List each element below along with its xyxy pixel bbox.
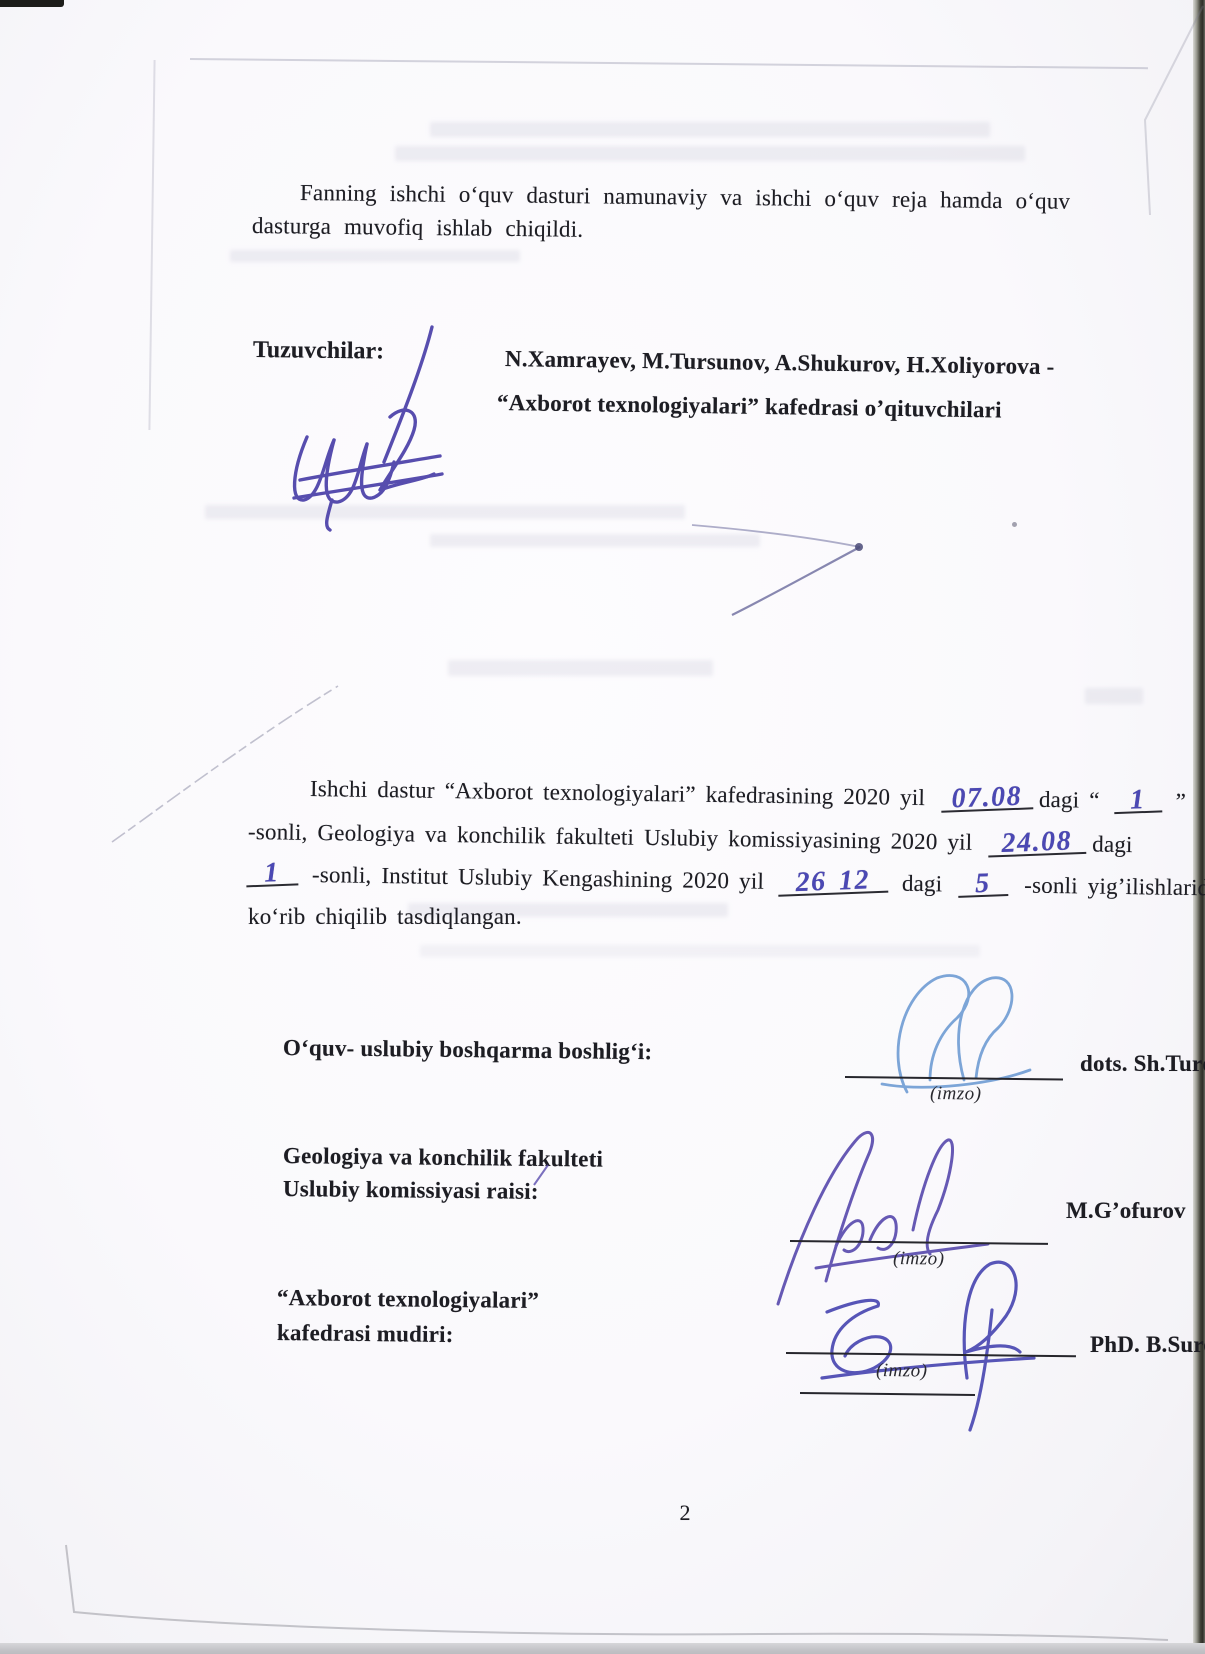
approval-line1: Ishchi dastur “Axborot texnologiyalari” … <box>310 776 1186 815</box>
scan-corner-crease <box>1105 0 1205 230</box>
compilers-signature <box>272 322 492 537</box>
bleed-through-text <box>395 146 1025 161</box>
bleed-through-text <box>230 250 520 262</box>
bleed-through-text <box>420 945 980 957</box>
approval-line3: 1 -sonli, Institut Uslubiy Kengashining … <box>246 861 1205 901</box>
approval-line4: ko‘rib chiqilib tasdiqlangan. <box>248 904 522 930</box>
sign2-label-line1: Geologiya va konchilik fakulteti <box>283 1143 603 1173</box>
approval-text: dagi “ <box>1039 787 1100 813</box>
sign3-name: PhD. B.Suropov <box>1090 1332 1205 1358</box>
page-number: 2 <box>660 1500 710 1526</box>
scanned-document-page: Fanning ishchi o‘quv dasturi namunaviy v… <box>0 0 1205 1654</box>
approval-text: -sonli yig’ilishlarida <box>1024 873 1205 901</box>
paper-edge-curve <box>0 1530 1205 1654</box>
bleed-through-text <box>448 660 713 676</box>
handwritten-number: 1 <box>1113 789 1162 814</box>
compilers-affiliation: “Axborot texnologiyalari” kafedrasi o’qi… <box>497 390 1002 423</box>
approval-text: dagi <box>902 871 943 897</box>
bleed-through-frame-left <box>148 60 155 430</box>
approval-text: -sonli, Geologiya va konchilik fakulteti… <box>248 819 973 855</box>
bleed-through-frame-top <box>190 58 1148 69</box>
handwritten-number: 5 <box>958 873 1009 898</box>
approval-text: ” <box>1175 789 1186 814</box>
handwritten-number: 1 <box>246 862 299 887</box>
bleed-through-text <box>1085 688 1143 704</box>
approval-line2: -sonli, Geologiya va konchilik fakulteti… <box>248 819 1133 858</box>
tick-mark <box>530 1163 552 1187</box>
scan-edge-right <box>1193 0 1205 1654</box>
sign1-label: O‘quv- uslubiy boshqarma boshlig‘i: <box>283 1035 653 1065</box>
sign1-name: dots. Sh.Turdiyev <box>1080 1051 1205 1077</box>
compilers-names: N.Xamrayev, M.Tursunov, A.Shukurov, H.Xo… <box>505 346 1055 380</box>
scan-speck <box>1012 522 1017 527</box>
sign2-label-line2: Uslubiy komissiyasi raisi: <box>283 1176 539 1205</box>
approval-text: dagi <box>1092 832 1133 858</box>
bleed-through-arrow <box>680 495 880 625</box>
suropov-signature <box>782 1250 1062 1440</box>
handwritten-date: 07.08 <box>941 786 1034 812</box>
approval-text: Ishchi dastur “Axborot texnologiyalari” … <box>310 776 925 810</box>
scan-corner-mark <box>0 0 64 7</box>
imzo-label: (imzo) <box>930 1083 982 1106</box>
sign3-label-line2: kafedrasi mudiri: <box>277 1320 454 1348</box>
bleed-through-text <box>430 122 990 137</box>
imzo-label: (imzo) <box>876 1360 928 1383</box>
sign2-name: M.G’ofurov <box>1066 1198 1186 1224</box>
intro-paragraph-line1: Fanning ishchi o‘quv dasturi namunaviy v… <box>300 180 1070 215</box>
sign3-label-line1: “Axborot texnologiyalari” <box>277 1285 539 1314</box>
handwritten-date: 24.08 <box>988 831 1087 858</box>
approval-text: -sonli, Institut Uslubiy Kengashining 20… <box>312 862 764 894</box>
handwritten-date: 26 12 <box>778 870 889 897</box>
intro-paragraph-line2: dasturga muvofiq ishlab chiqildi. <box>252 213 584 243</box>
